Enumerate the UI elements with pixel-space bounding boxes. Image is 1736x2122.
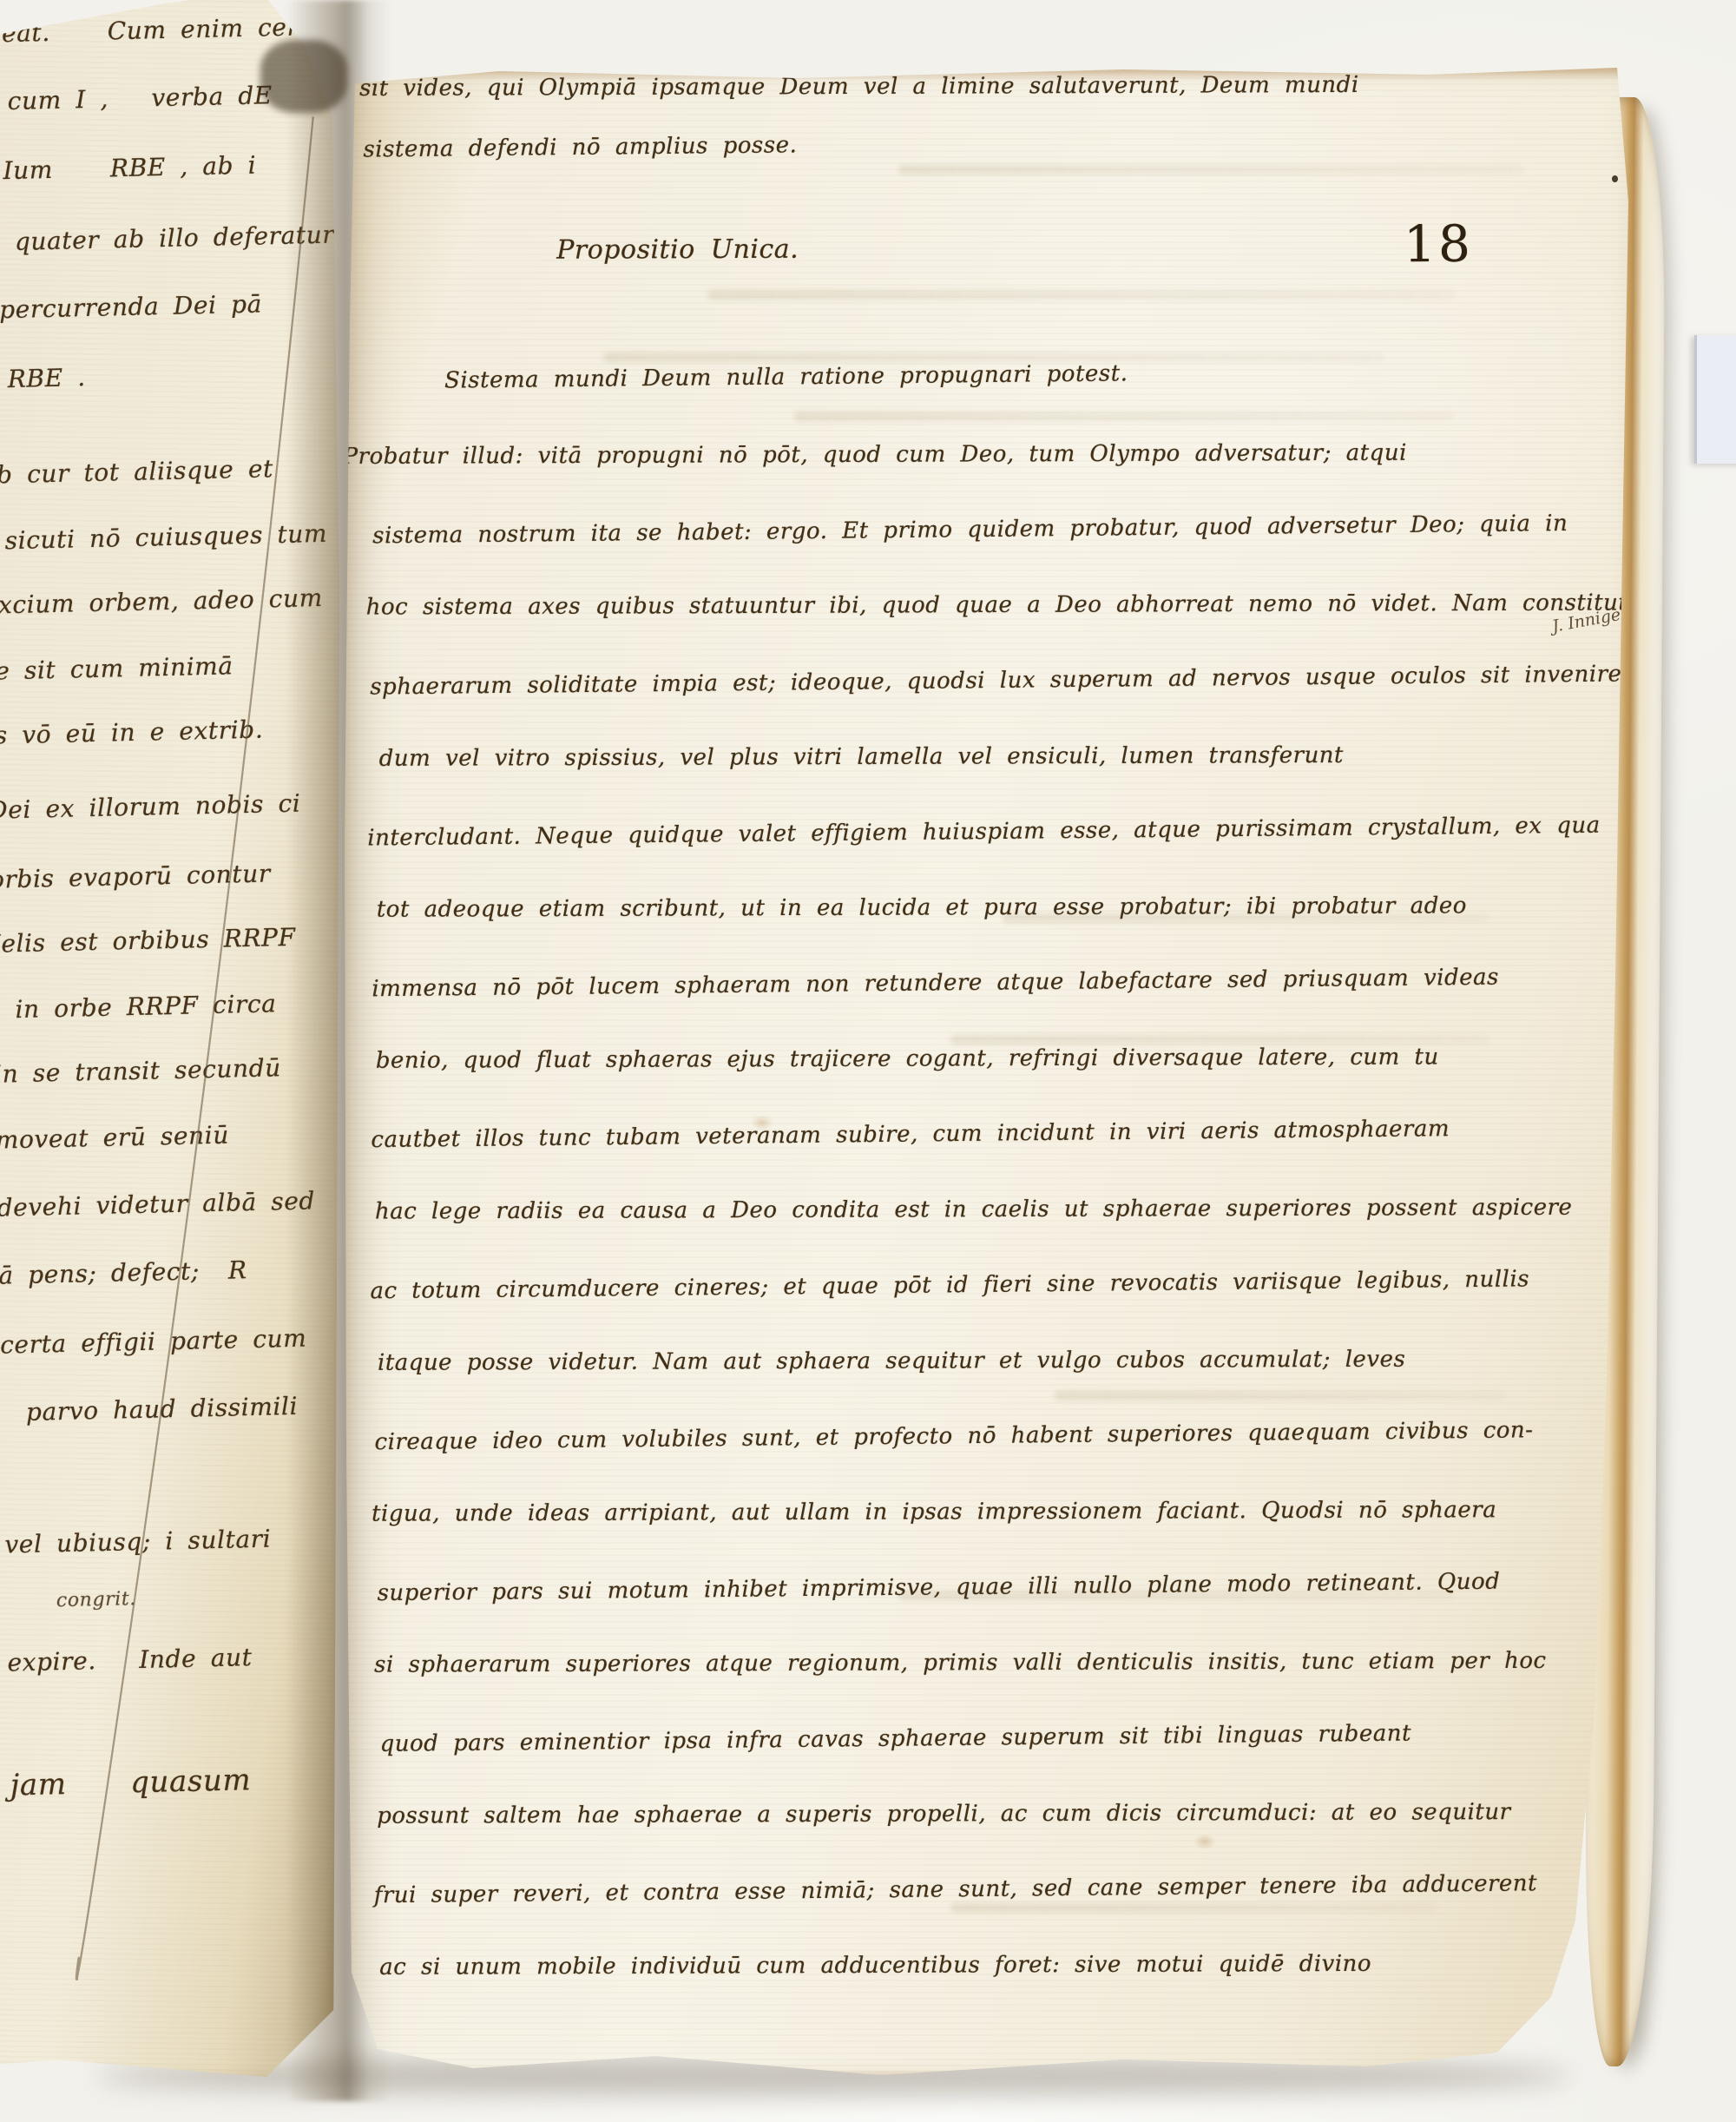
body-line: tigua, unde ideas arripiant, aut ullam i… [372, 1497, 1496, 1527]
body-line: sphaerarum soliditate impia est; ideoque… [370, 661, 1621, 700]
page-fragment: certa effigii parte cum [0, 1324, 307, 1360]
body-line: itaque posse videtur. Nam aut sphaera se… [378, 1347, 1405, 1376]
body-line: immensa nō pōt lucem sphaeram non retund… [372, 965, 1499, 1003]
page-fragment: ā pens; defect; R [0, 1255, 247, 1289]
reference-card [1694, 335, 1736, 464]
body-line: si sphaerarum superiores atque regionum,… [374, 1648, 1547, 1678]
page-fragment: in se transit secundū [0, 1053, 281, 1088]
body-line: ac totum circumducere cineres; et quae p… [370, 1266, 1529, 1304]
page-fragment: moveat erū seniū [0, 1121, 229, 1155]
page-number: 18 [1404, 214, 1473, 273]
section-heading: Propositio Unica. [556, 234, 799, 266]
opening-line: sistema defendi nō amplius posse. [363, 132, 797, 162]
page-fragment: Ie sit cum minimā [0, 651, 233, 685]
page-fragment: a RBE . [0, 363, 86, 394]
body-line: benio, quod fluat sphaeras ejus trajicer… [376, 1044, 1439, 1073]
page-fragment: is cum I , verba dE [0, 81, 273, 116]
body-line: dum vel vitro spissius, vel plus vitri l… [379, 742, 1344, 772]
body-line: sistema nostrum ita se habet: ergo. Et p… [372, 511, 1568, 549]
page-fragment: jam quasum [10, 1763, 251, 1802]
page-fragment: excium orbem, adeo cum [0, 583, 323, 620]
body-line: tot adeoque etiam scribunt, ut in ea luc… [377, 893, 1467, 922]
body-line: hoc sistema axes quibus statuuntur ibi, … [366, 590, 1642, 620]
body-line: cireaque ideo cum volubiles sunt, et pro… [374, 1417, 1533, 1455]
page-fragment: orbis evaporū contur [0, 859, 271, 893]
right-page: 18 sit vides, qui Olympiā ipsamque Deum … [343, 63, 1641, 2091]
page-fragment: is vō eū in e extrib. [0, 715, 264, 750]
body-line: cautbet illos tunc tubam veteranam subir… [371, 1116, 1450, 1153]
body-line: intercludant. Neque quidque valet effigi… [367, 813, 1601, 852]
body-line: Probatur illud: vitā propugni nō pōt, qu… [343, 440, 1407, 470]
body-line: quod pars eminentior ipsa infra cavas sp… [380, 1720, 1412, 1756]
page-fragment: ub cur tot aliisque et [0, 454, 273, 490]
body-line: superior pars sui motum inhibet imprimis… [377, 1569, 1500, 1607]
page-fragment: ; sicuti nō cuiusques tum [0, 519, 327, 556]
page-fragment: Dei ex illorum nobis ci [0, 789, 301, 825]
body-line: possunt saltem hae sphaerae a superis pr… [377, 1799, 1510, 1829]
page-fragment: vel ubiusq; i sultari [4, 1525, 272, 1559]
page-fragment: parvo haud dissimili [26, 1392, 299, 1427]
page-fragment: i percurrenda Dei pā [0, 289, 262, 324]
body-line: frui super reveri, et contra esse nimiā;… [374, 1870, 1538, 1908]
page-fragment: Ium RBE , ab i [3, 151, 256, 186]
page-fragment: i in orbe RRPF circa [0, 989, 277, 1024]
page-fragment: devehi videtur albā sed [0, 1186, 315, 1222]
right-page-text: 18 sit vides, qui Olympiā ipsamque Deum … [337, 58, 1647, 2094]
body-line: ac si unum mobile individuū cum adducent… [379, 1951, 1371, 1980]
page-fragment: congrit. [56, 1588, 137, 1611]
gutter-top-gap [260, 40, 347, 113]
page-fragment: expire. Inde aut [7, 1643, 253, 1677]
page-fragment: et quater ab illo deferatur [0, 221, 335, 257]
body-line: hac lege radiis ea causa a Deo condita e… [375, 1195, 1573, 1225]
proposition-line: Sistema mundi Deum nulla ratione propugn… [444, 360, 1128, 393]
page-fragment: Ielis est orbibus RRPF [0, 923, 296, 959]
